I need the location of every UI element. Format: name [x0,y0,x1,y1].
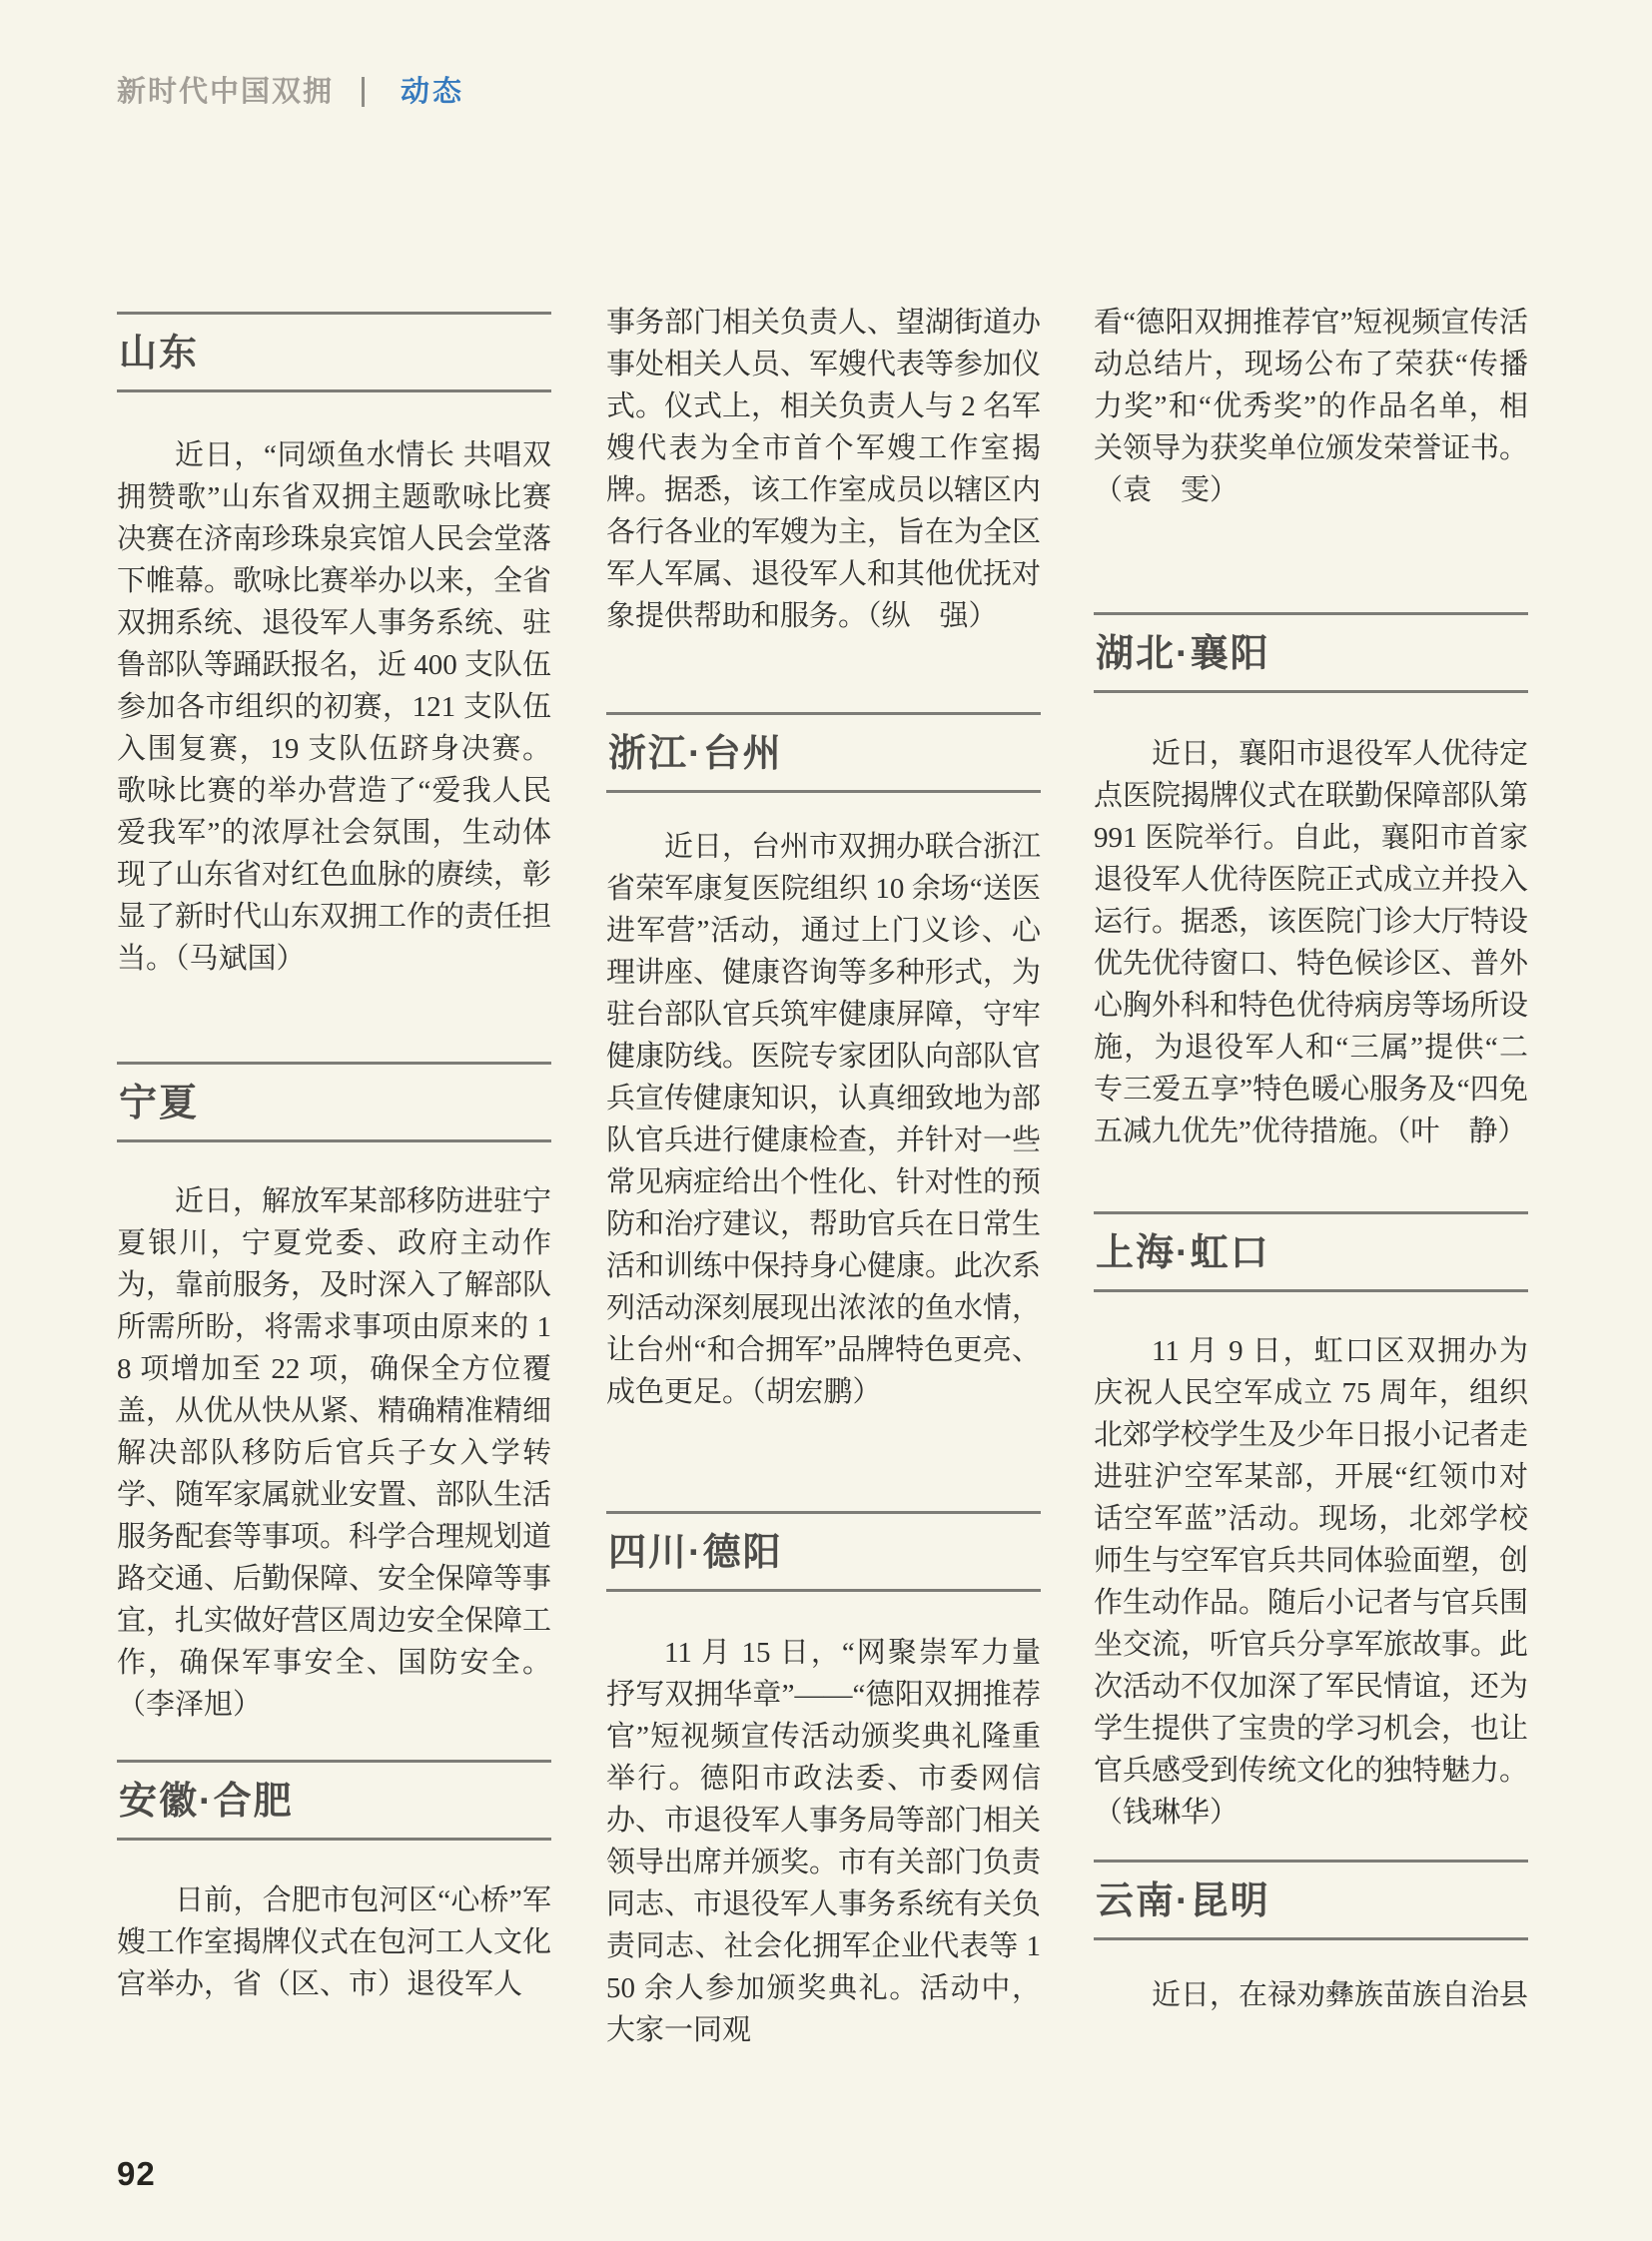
section-heading: 云南·昆明 [1094,1860,1528,1940]
magazine-page: 新时代中国双拥 动态 山东近日，“同颂鱼水情长 共唱双拥赞歌”山东省双拥主题歌咏… [0,0,1652,2241]
news-paragraph: 近日，“同颂鱼水情长 共唱双拥赞歌”山东省双拥主题歌咏比赛决赛在济南珍珠泉宾馆人… [117,434,551,980]
section-heading: 安徽·合肥 [117,1760,551,1841]
section-heading: 山东 [117,312,551,392]
news-paragraph: 事务部门相关负责人、望湖街道办事处相关人员、军嫂代表等参加仪式。仪式上，相关负责… [606,302,1041,637]
section-heading: 浙江·台州 [606,712,1041,793]
text-column-1: 山东近日，“同颂鱼水情长 共唱双拥赞歌”山东省双拥主题歌咏比赛决赛在济南珍珠泉宾… [117,0,551,2241]
news-paragraph: 近日，解放军某部移防进驻宁夏银川，宁夏党委、政府主动作为，靠前服务，及时深入了解… [117,1180,551,1726]
news-paragraph: 近日，台州市双拥办联合浙江省荣军康复医院组织 10 余场“送医进军营”活动，通过… [606,826,1041,1413]
text-column-2: 事务部门相关负责人、望湖街道办事处相关人员、军嫂代表等参加仪式。仪式上，相关负责… [606,0,1041,2241]
text-column-3: 看“德阳双拥推荐官”短视频宣传活动总结片，现场公布了荣获“传播力奖”和“优秀奖”… [1094,0,1528,2241]
news-paragraph: 近日，襄阳市退役军人优待定点医院揭牌仪式在联勤保障部队第 991 医院举行。自此… [1094,733,1528,1152]
news-paragraph: 日前，合肥市包河区“心桥”军嫂工作室揭牌仪式在包河工人文化宫举办，省（区、市）退… [117,1879,551,2005]
news-paragraph: 11 月 9 日，虹口区双拥办为庆祝人民空军成立 75 周年，组织北郊学校学生及… [1094,1330,1528,1834]
section-heading: 湖北·襄阳 [1094,612,1528,693]
page-number: 92 [117,2155,156,2193]
news-paragraph: 11 月 15 日，“网聚崇军力量抒写双拥华章”——“德阳双拥推荐官”短视频宣传… [606,1632,1041,2051]
section-heading: 四川·德阳 [606,1511,1041,1592]
news-paragraph: 近日，在禄劝彝族苗族自治县 [1094,1974,1528,2016]
section-heading: 宁夏 [117,1062,551,1142]
section-heading: 上海·虹口 [1094,1211,1528,1292]
news-paragraph: 看“德阳双拥推荐官”短视频宣传活动总结片，现场公布了荣获“传播力奖”和“优秀奖”… [1094,302,1528,511]
